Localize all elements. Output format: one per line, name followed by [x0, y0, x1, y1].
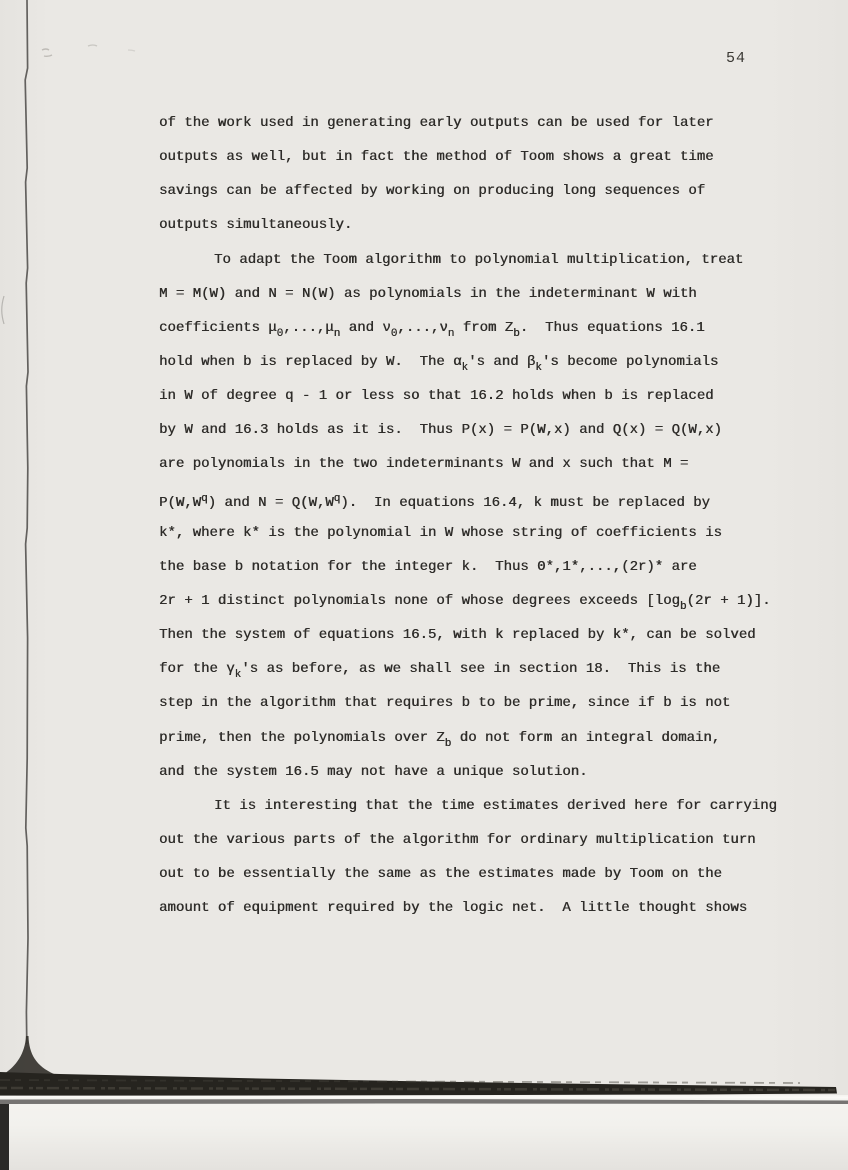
- smudge-mark: [88, 45, 97, 46]
- text-segment: are polynomials in the two indeterminant…: [159, 456, 688, 472]
- text-line-9: in W of degree q - 1 or less so that 16.…: [159, 379, 819, 413]
- text-line-22: out the various parts of the algorithm f…: [159, 823, 819, 857]
- text-line-17: for the γk's as before, as we shall see …: [159, 652, 819, 686]
- text-line-24: amount of equipment required by the logi…: [159, 891, 819, 925]
- text-line-1: of the work used in generating early out…: [159, 106, 819, 140]
- text-sup-segment: q: [201, 493, 208, 505]
- text-line-23: out to be essentially the same as the es…: [159, 857, 819, 891]
- page-separation-highlight: [0, 1097, 848, 1098]
- text-segment: prime, then the polynomials over Z: [159, 730, 445, 746]
- text-segment: ). In equations 16.4, k must be replaced…: [340, 495, 710, 511]
- page-edge-line: [25, 0, 28, 1044]
- text-segment: 's as before, as we shall see in section…: [241, 661, 720, 677]
- text-segment: out to be essentially the same as the es…: [159, 866, 722, 882]
- text-segment: hold when b is replaced by W. The α: [159, 354, 461, 370]
- text-segment: savings can be affected by working on pr…: [159, 183, 705, 199]
- text-segment: amount of equipment required by the logi…: [159, 900, 747, 916]
- text-line-4: outputs simultaneously.: [159, 208, 819, 242]
- document-text: of the work used in generating early out…: [159, 106, 819, 925]
- text-segment: P(W,W: [159, 495, 201, 511]
- text-line-19: prime, then the polynomials over Zb do n…: [159, 721, 819, 755]
- text-segment: outputs simultaneously.: [159, 217, 352, 233]
- text-segment: Then the system of equations 16.5, with …: [159, 627, 756, 643]
- text-line-14: the base b notation for the integer k. T…: [159, 550, 819, 584]
- text-line-11: are polynomials in the two indeterminant…: [159, 447, 819, 481]
- text-line-6: M = M(W) and N = N(W) as polynomials in …: [159, 277, 819, 311]
- text-segment: . Thus equations 16.1: [520, 320, 705, 336]
- text-line-3: savings can be affected by working on pr…: [159, 174, 819, 208]
- smudge-mark: [128, 50, 135, 51]
- text-line-16: Then the system of equations 16.5, with …: [159, 618, 819, 652]
- text-segment: ) and N = Q(W,W: [208, 495, 334, 511]
- text-segment: 's become polynomials: [542, 354, 718, 370]
- bottom-left-dark-bar: [0, 1104, 9, 1170]
- text-segment: 's and β: [468, 354, 535, 370]
- page-separation-line: [0, 1099, 848, 1104]
- text-segment: do not form an integral domain,: [451, 730, 720, 746]
- text-sub-segment: b: [513, 328, 520, 340]
- edge-line-flare: [4, 1036, 54, 1074]
- text-segment: (2r + 1)].: [687, 593, 771, 609]
- text-segment: To adapt the Toom algorithm to polynomia…: [214, 252, 743, 268]
- text-line-8: hold when b is replaced by W. The αk's a…: [159, 345, 819, 379]
- text-sub-segment: b: [680, 601, 687, 613]
- text-segment: coefficients μ: [159, 320, 277, 336]
- text-segment: of the work used in generating early out…: [159, 115, 714, 131]
- text-line-21: It is interesting that the time estimate…: [159, 789, 819, 823]
- left-curl-mark: [2, 296, 4, 324]
- text-segment: from Z: [454, 320, 513, 336]
- text-line-10: by W and 16.3 holds as it is. Thus P(x) …: [159, 413, 819, 447]
- text-segment: and the system 16.5 may not have a uniqu…: [159, 764, 587, 780]
- text-line-15: 2r + 1 distinct polynomials none of whos…: [159, 584, 819, 618]
- text-sub-segment: k: [535, 362, 542, 374]
- scanned-page: 54 of the work used in generating early …: [0, 0, 848, 1170]
- text-segment: It is interesting that the time estimate…: [214, 798, 777, 814]
- binding-shadow-band: [0, 1072, 837, 1096]
- text-segment: out the various parts of the algorithm f…: [159, 832, 756, 848]
- text-segment: ,...,ν: [397, 320, 447, 336]
- text-line-18: step in the algorithm that requires b to…: [159, 686, 819, 720]
- text-line-5: To adapt the Toom algorithm to polynomia…: [159, 243, 819, 277]
- text-line-20: and the system 16.5 may not have a uniqu…: [159, 755, 819, 789]
- smudge-mark: [42, 49, 52, 56]
- text-segment: 2r + 1 distinct polynomials none of whos…: [159, 593, 680, 609]
- text-segment: k*, where k* is the polynomial in W whos…: [159, 525, 722, 541]
- text-line-7: coefficients μ0,...,μn and ν0,...,νn fro…: [159, 311, 819, 345]
- text-line-12: P(W,Wq) and N = Q(W,Wq). In equations 16…: [159, 482, 819, 516]
- text-line-2: outputs as well, but in fact the method …: [159, 140, 819, 174]
- text-segment: for the γ: [159, 661, 235, 677]
- text-segment: and ν: [340, 320, 390, 336]
- text-segment: outputs as well, but in fact the method …: [159, 149, 714, 165]
- text-segment: M = M(W) and N = N(W) as polynomials in …: [159, 286, 697, 302]
- text-segment: the base b notation for the integer k. T…: [159, 559, 697, 575]
- text-segment: by W and 16.3 holds as it is. Thus P(x) …: [159, 422, 722, 438]
- page-number: 54: [726, 50, 746, 67]
- text-line-13: k*, where k* is the polynomial in W whos…: [159, 516, 819, 550]
- text-segment: step in the algorithm that requires b to…: [159, 695, 730, 711]
- text-segment: in W of degree q - 1 or less so that 16.…: [159, 388, 714, 404]
- text-segment: ,...,μ: [283, 320, 333, 336]
